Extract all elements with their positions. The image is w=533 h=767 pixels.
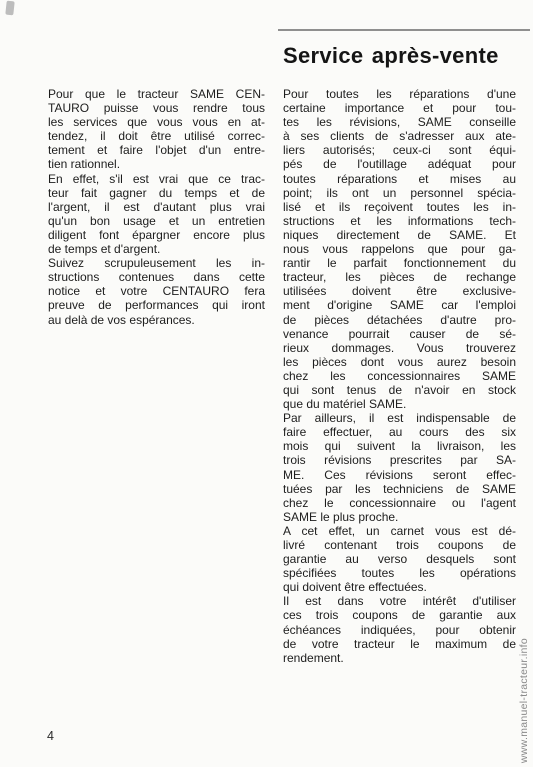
- text-line: A cet effet, un carnet vous est dé-: [283, 524, 516, 538]
- text-line: livré contenant trois coupons de: [283, 538, 516, 552]
- text-line: liers autorisés; ceux-ci sont équi-: [283, 143, 516, 157]
- text-line: les services que vous vous en at-: [48, 115, 265, 129]
- text-line: rantir le parfait fonctionnement du: [283, 256, 516, 270]
- text-line: de pièces détachées d'autre pro-: [283, 313, 516, 327]
- paragraph: Il est dans votre intérêt d'utiliserces …: [283, 594, 516, 664]
- text-line: à ses clients de s'adresser aux ate-: [283, 129, 516, 143]
- text-line: mois qui suivent la livraison, les: [283, 439, 516, 453]
- text-line: SAME le plus proche.: [283, 510, 516, 524]
- text-line: spécifiées toutes les opérations: [283, 566, 516, 580]
- paragraph: En effet, s'il est vrai que ce trac-teur…: [48, 172, 265, 257]
- paragraph: Suivez scrupuleusement les in-structions…: [48, 256, 265, 326]
- text-line: tendez, il doit être utilisé correc-: [48, 129, 265, 143]
- text-line: qu'un bon usage et un entretien: [48, 214, 265, 228]
- manual-page: Service après-vente Pour que le tracteur…: [0, 0, 533, 767]
- text-line: tement et faire l'objet d'un entre-: [48, 143, 265, 157]
- text-line: toutes réparations et mises au: [283, 172, 516, 186]
- text-line: nous vous rappelons que pour ga-: [283, 242, 516, 256]
- text-line: Pour toutes les réparations d'une: [283, 87, 516, 101]
- text-line: qui sont tenus de n'avoir en stock: [283, 383, 516, 397]
- text-line: lisé et ils reçoivent toutes les in-: [283, 200, 516, 214]
- paragraph: A cet effet, un carnet vous est dé-livré…: [283, 524, 516, 594]
- text-line: diligent font épargner encore plus: [48, 228, 265, 242]
- scan-artifact-mark: [5, 1, 14, 16]
- text-line: trois révisions prescrites par SA-: [283, 453, 516, 467]
- text-line: TAURO puisse vous rendre tous: [48, 101, 265, 115]
- text-line: preuve de performances qui iront: [48, 298, 265, 312]
- text-line: l'argent, il est d'autant plus vrai: [48, 200, 265, 214]
- text-line: Par ailleurs, il est indispensable de: [283, 411, 516, 425]
- text-line: venance pourrait causer de sé-: [283, 327, 516, 341]
- text-line: ME. Ces révisions seront effec-: [283, 468, 516, 482]
- text-line: les pièces dont vous aurez besoin: [283, 355, 516, 369]
- text-line: notice et votre CENTAURO fera: [48, 284, 265, 298]
- text-line: tien rationnel.: [48, 157, 265, 171]
- text-line: de temps et d'argent.: [48, 242, 265, 256]
- text-line: au delà de vos espérances.: [48, 313, 265, 327]
- text-line: faire effectuer, au cours des six: [283, 425, 516, 439]
- left-text-column: Pour que le tracteur SAME CEN-TAURO puis…: [48, 87, 265, 327]
- text-line: ces trois coupons de garantie aux: [283, 608, 516, 622]
- page-title: Service après-vente: [283, 43, 499, 69]
- text-line: que du matériel SAME.: [283, 397, 516, 411]
- text-line: tes les révisions, SAME conseille: [283, 115, 516, 129]
- header-rule: [278, 29, 530, 31]
- text-line: teur fait gagner du temps et de: [48, 186, 265, 200]
- text-line: chez les concessionnaires SAME: [283, 369, 516, 383]
- page-number: 4: [47, 729, 54, 743]
- text-line: Pour que le tracteur SAME CEN-: [48, 87, 265, 101]
- text-line: Il est dans votre intérêt d'utiliser: [283, 594, 516, 608]
- text-line: tracteur, les pièces de rechange: [283, 270, 516, 284]
- text-line: certaine importance et pour tou-: [283, 101, 516, 115]
- text-line: garantie au verso desquels sont: [283, 552, 516, 566]
- text-line: structions et les informations tech-: [283, 214, 516, 228]
- text-line: pés de l'outillage adéquat pour: [283, 157, 516, 171]
- right-text-column: Pour toutes les réparations d'unecertain…: [283, 87, 516, 665]
- paragraph: Pour que le tracteur SAME CEN-TAURO puis…: [48, 87, 265, 172]
- text-line: niques directement de SAME. Et: [283, 228, 516, 242]
- text-line: tuées par les techniciens de SAME: [283, 482, 516, 496]
- text-line: rendement.: [283, 651, 516, 665]
- text-line: rieux dommages. Vous trouverez: [283, 341, 516, 355]
- text-line: Suivez scrupuleusement les in-: [48, 256, 265, 270]
- text-line: qui doivent être effectuées.: [283, 580, 516, 594]
- paragraph: Par ailleurs, il est indispensable defai…: [283, 411, 516, 524]
- text-line: utilisées doivent être exclusive-: [283, 284, 516, 298]
- text-line: échéances indiquées, pour obtenir: [283, 623, 516, 637]
- watermark-vertical-text: www.manuel-tracteur.info: [518, 638, 530, 763]
- text-line: chez le concessionnaire ou l'agent: [283, 496, 516, 510]
- text-line: de votre tracteur le maximum de: [283, 637, 516, 651]
- text-line: ment d'origine SAME car l'emploi: [283, 298, 516, 312]
- paragraph: Pour toutes les réparations d'unecertain…: [283, 87, 516, 411]
- text-line: En effet, s'il est vrai que ce trac-: [48, 172, 265, 186]
- text-line: point; ils ont un personnel spécia-: [283, 186, 516, 200]
- text-line: structions contenues dans cette: [48, 270, 265, 284]
